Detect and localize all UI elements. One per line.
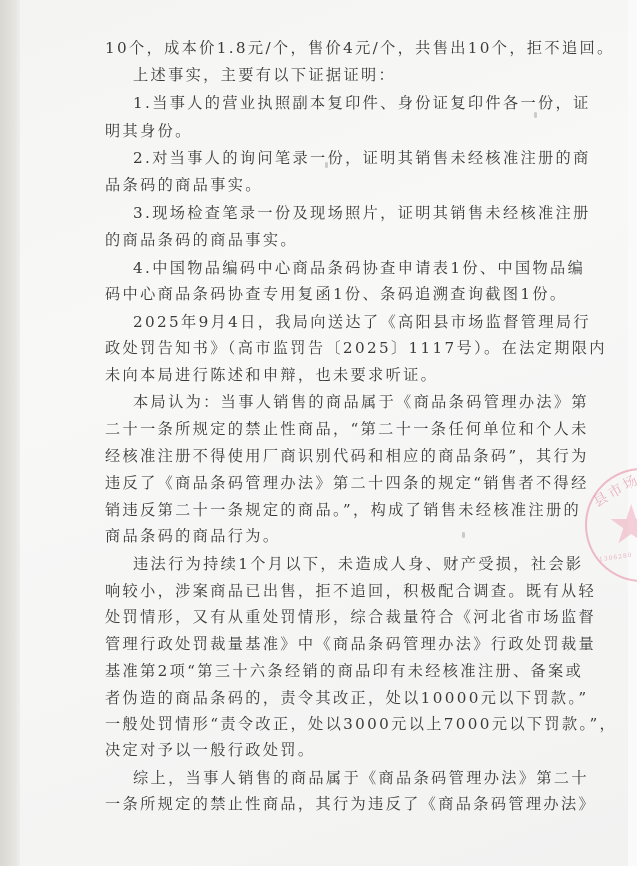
text-line: 明其身份。 — [105, 121, 550, 141]
text-line: 10个，成本价1.8元/个，售价4元/个，共售出10个，拒不追回。 — [105, 38, 550, 58]
text-line: 经核准注册不得使用厂商识别代码和相应的商品条码”，其行为 — [105, 446, 550, 466]
text-line: 4.中国物品编码中心商品条码协查申请表1份、中国物品编 — [133, 258, 550, 278]
text-line: 响较小，涉案商品已出售，拒不追回，积极配合调查。既有从轻 — [105, 581, 550, 601]
text-line: 管理行政处罚裁量基准》中《商品条码管理办法》行政处罚裁量 — [105, 634, 550, 654]
scan-smudge — [325, 162, 328, 168]
text-line: 上述事实，主要有以下证据证明： — [133, 65, 550, 85]
text-line: 2025年9月4日，我局向送达了《高阳县市场监督管理局行 — [133, 312, 550, 332]
text-line: 未向本局进行陈述和申辩，也未要求听证。 — [105, 365, 550, 385]
text-line: 者伪造的商品条码的，责令其改正，处以10000元以下罚款。” — [105, 688, 550, 708]
scan-right-edge — [628, 0, 637, 866]
text-line: 一般处罚情形“责令改正，处以3000元以上7000元以下罚款。”， — [105, 714, 550, 734]
text-line: 商品条码的商品行为。 — [105, 526, 550, 546]
text-line: 决定对予以一般行政处罚。 — [105, 740, 550, 760]
text-line: 的商品条码的商品事实。 — [105, 230, 550, 250]
text-line: 违法行为持续1个月以下，未造成人身、财产受损，社会影 — [133, 554, 550, 574]
text-line: 二十一条所规定的禁止性商品，“第二十一条任何单位和个人未 — [105, 419, 550, 439]
text-line: 综上，当事人销售的商品属于《商品条码管理办法》第二十 — [133, 768, 550, 788]
seal-star-icon: ★ — [607, 498, 637, 552]
text-line: 2.对当事人的询问笔录一份，证明其销售未经核准注册的商 — [133, 148, 550, 168]
text-line: 基准第2项“第三十六条经销的商品印有未经核准注册、备案或 — [105, 661, 550, 681]
text-line: 政处罚告知书》（高市监罚告〔2025〕1117号）。在法定期限内 — [105, 338, 550, 358]
text-line: 3.现场检查笔录一份及现场照片，证明其销售未经核准注册 — [133, 203, 550, 223]
seal-number: 1306280 — [599, 552, 633, 564]
scan-left-edge — [0, 0, 20, 866]
text-line: 违反了《商品条码管理办法》第二十四条的规定“销售者不得经 — [105, 473, 550, 493]
scan-smudge — [462, 532, 465, 538]
scan-bottom-edge — [0, 866, 637, 876]
text-line: 处罚情形，又有从重处罚情形，综合裁量符合《河北省市场监督 — [105, 607, 550, 627]
text-line: 销违反第二十一条规定的商品。”，构成了销售未经核准注册的 — [105, 500, 550, 520]
text-line: 1.当事人的营业执照副本复印件、身份证复印件各一份，证 — [133, 93, 550, 113]
text-line: 码中心商品条码协查专用复函1份、条码追溯查询截图1份。 — [105, 284, 550, 304]
text-line: 品条码的商品事实。 — [105, 175, 550, 195]
text-line: 一条所规定的禁止性商品，其行为违反了《商品条码管理办法》 — [105, 794, 550, 814]
text-line: 本局认为：当事人销售的商品属于《商品条码管理办法》第 — [133, 392, 550, 412]
scan-smudge — [534, 112, 537, 118]
